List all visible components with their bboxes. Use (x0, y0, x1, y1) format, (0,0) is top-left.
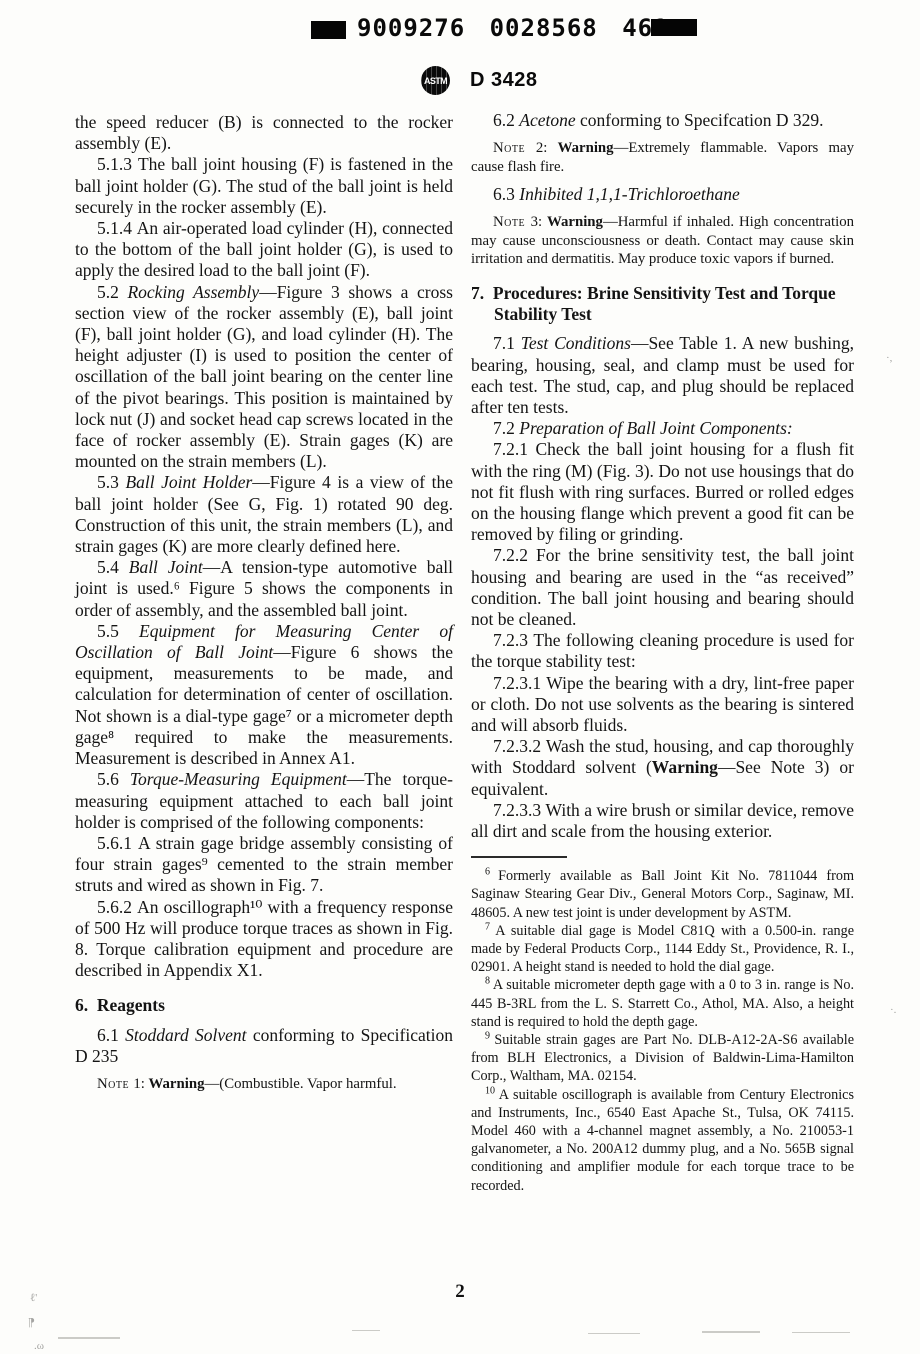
scan-artifact: ℓ' (30, 1292, 37, 1304)
paragraph-continuation: the speed reducer (B) is connected to th… (75, 112, 453, 154)
paragraph-7-2-2: 7.2.2For the brine sensitivity test, the… (471, 545, 854, 630)
scan-artifact (58, 1337, 120, 1339)
section-title: Reagents (97, 995, 165, 1015)
footnote-marker: 9 (485, 1030, 494, 1041)
paragraph-7-2-3-1: 7.2.3.1Wipe the bearing with a dry, lint… (471, 673, 854, 737)
footnote-marker: 6 (485, 866, 498, 877)
warning-label: Warning (652, 757, 718, 777)
clause-number: 6.3 (493, 184, 519, 204)
astm-logo-text: ASTM (424, 76, 447, 86)
clause-number: 7.2.3 (493, 630, 533, 650)
clause-title: Ball Joint Holder (125, 472, 252, 492)
scan-artifact: .ω (34, 1340, 44, 1352)
clause-number: 5.6 (97, 769, 130, 789)
paragraph-7-2-3-2: 7.2.3.2Wash the stud, housing, and cap t… (471, 736, 854, 800)
footnote-6: 6Formerly available as Ball Joint Kit No… (471, 867, 854, 922)
footnote-text: A suitable micrometer depth gage with a … (471, 977, 854, 1029)
clause-number: 6.1 (97, 1025, 125, 1045)
note-2: Note2:Warning—Extremely flammable. Vapor… (471, 139, 854, 176)
clause-number: 7.2.3.3 (493, 800, 546, 820)
clause-number: 5.6.2 (97, 897, 137, 917)
paragraph-7-2-3-3: 7.2.3.3With a wire brush or similar devi… (471, 800, 854, 842)
note-3: Note3:Warning—Harmful if inhaled. High c… (471, 213, 854, 269)
clause-number: 5.1.3 (97, 154, 138, 174)
page-number: 2 (0, 1281, 920, 1303)
paragraph-7-2-3: 7.2.3The following cleaning procedure is… (471, 630, 854, 672)
right-column: 6.2Acetone conforming to Specifcation D … (471, 110, 854, 1195)
note-label: Note (493, 214, 531, 230)
footnote-text: Suitable strain gages are Part No. DLB-A… (471, 1032, 854, 1084)
clause-number: 5.3 (97, 472, 125, 492)
footnote-text: Formerly available as Ball Joint Kit No.… (471, 868, 854, 920)
clause-number: 5.5 (97, 621, 139, 641)
clause-title: Torque-Measuring Equipment (130, 769, 347, 789)
footnote-text: A suitable dial gage is Model C81Q with … (471, 923, 854, 975)
note-number: 2: (536, 140, 558, 156)
footnote-divider (471, 856, 567, 858)
paragraph-5-5: 5.5Equipment for Measuring Center of Osc… (75, 621, 453, 769)
clause-title: Preparation of Ball Joint Components: (519, 418, 793, 438)
scan-artifact: ·, (886, 352, 892, 364)
scan-artifact (792, 1332, 850, 1333)
clause-number: 5.2 (97, 282, 127, 302)
scan-artifact: ⁋ (28, 1316, 35, 1329)
footnote-marker: 10 (485, 1085, 499, 1096)
paragraph-text: conforming to Specifcation D 329. (576, 110, 824, 130)
header-black-mark-right (651, 19, 697, 36)
paragraph-5-2: 5.2Rocking Assembly—Figure 3 shows a cro… (75, 282, 453, 473)
paragraph-5-1-3: 5.1.3The ball joint housing (F) is faste… (75, 154, 453, 218)
warning-label: Warning (149, 1076, 205, 1092)
paragraph-5-1-4: 5.1.4An air-operated load cylinder (H), … (75, 218, 453, 282)
clause-title: Inhibited 1,1,1-Trichloroethane (519, 184, 740, 204)
section-title-line1: Procedures: Brine Sensitivity Test and T… (493, 283, 836, 303)
paragraph-5-6-2: 5.6.2An oscillograph¹⁰ with a frequency … (75, 897, 453, 982)
clause-number: 7.2 (493, 418, 519, 438)
clause-number: 7.2.3.1 (493, 673, 546, 693)
section-heading-7: 7.Procedures: Brine Sensitivity Test and… (471, 283, 854, 325)
clause-title: Ball Joint (129, 557, 203, 577)
astm-logo-icon: ASTM (421, 66, 450, 95)
note-text: —(Combustible. Vapor harmful. (204, 1076, 396, 1092)
section-heading-6: 6.Reagents (75, 995, 453, 1016)
clause-number: 7.2.2 (493, 545, 536, 565)
paragraph-7-2: 7.2Preparation of Ball Joint Components: (471, 418, 854, 439)
note-1: Note1:Warning—(Combustible. Vapor harmfu… (75, 1075, 453, 1094)
clause-number: 5.6.1 (97, 833, 138, 853)
paragraph-5-6: 5.6Torque-Measuring Equipment—The torque… (75, 769, 453, 833)
note-number: 3: (531, 214, 547, 230)
header-scan-code: 9009276 0028568 461 (357, 14, 669, 42)
warning-label: Warning (558, 140, 614, 156)
left-column: the speed reducer (B) is connected to th… (75, 112, 453, 1101)
footnote-7: 7A suitable dial gage is Model C81Q with… (471, 922, 854, 977)
clause-number: 7.1 (493, 333, 521, 353)
footnote-marker: 8 (485, 976, 493, 987)
header-black-mark-left (311, 21, 346, 39)
paragraph-5-4: 5.4Ball Joint—A tension-type automotive … (75, 557, 453, 621)
paragraph-6-3: 6.3Inhibited 1,1,1-Trichloroethane (471, 184, 854, 205)
paragraph-text: the speed reducer (B) is connected to th… (75, 112, 453, 153)
paragraph-5-6-1: 5.6.1A strain gage bridge assembly consi… (75, 833, 453, 897)
scan-artifact: ·. (890, 1004, 896, 1016)
paragraph-7-1: 7.1Test Conditions—See Table 1. A new bu… (471, 333, 854, 418)
clause-number: 7.2.3.2 (493, 736, 546, 756)
footnote-marker: 7 (485, 921, 495, 932)
footnote-9: 9Suitable strain gages are Part No. DLB-… (471, 1031, 854, 1086)
paragraph-5-3: 5.3Ball Joint Holder—Figure 4 is a view … (75, 472, 453, 557)
paragraph-6-2: 6.2Acetone conforming to Specifcation D … (471, 110, 854, 131)
paragraph-7-2-1: 7.2.1Check the ball joint housing for a … (471, 439, 854, 545)
footnote-8: 8A suitable micrometer depth gage with a… (471, 976, 854, 1031)
warning-label: Warning (547, 214, 603, 230)
footnote-text: A suitable oscillograph is available fro… (471, 1087, 854, 1194)
clause-number: 6.2 (493, 110, 519, 130)
paragraph-text: —Figure 3 shows a cross section view of … (75, 282, 453, 472)
scanned-document: { "header": { "scan_code": "9009276 0028… (0, 0, 920, 1354)
note-label: Note (97, 1076, 133, 1092)
footnotes-block: 6Formerly available as Ball Joint Kit No… (471, 856, 854, 1195)
clause-title: Rocking Assembly (127, 282, 259, 302)
doc-code: D 3428 (470, 69, 538, 92)
scan-artifact (352, 1330, 380, 1331)
paragraph-6-1: 6.1Stoddard Solvent conforming to Specif… (75, 1025, 453, 1067)
section-number: 6. (75, 995, 97, 1015)
footnote-10: 10A suitable oscillograph is available f… (471, 1086, 854, 1195)
clause-title: Acetone (519, 110, 575, 130)
clause-title: Stoddard Solvent (125, 1025, 246, 1045)
clause-number: 7.2.1 (493, 439, 536, 459)
clause-number: 5.1.4 (97, 218, 137, 238)
clause-title: Test Conditions (521, 333, 631, 353)
section-title-line2: Stability Test (471, 304, 592, 324)
scan-artifact (702, 1331, 760, 1333)
note-label: Note (493, 140, 536, 156)
scan-artifact (588, 1333, 640, 1334)
section-number: 7. (471, 283, 493, 303)
note-number: 1: (133, 1076, 148, 1092)
clause-number: 5.4 (97, 557, 129, 577)
